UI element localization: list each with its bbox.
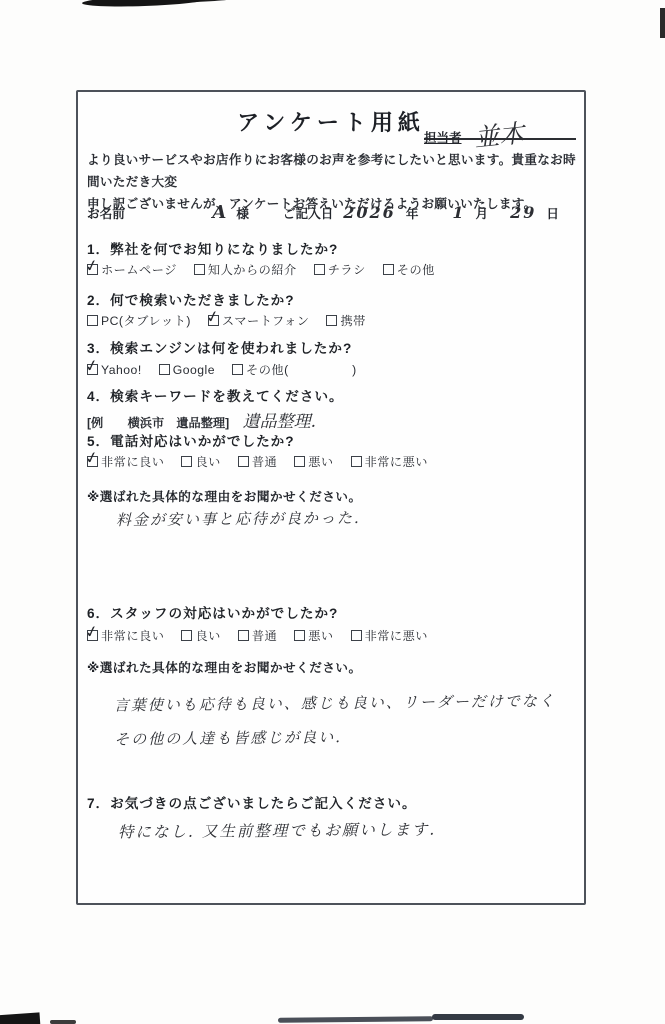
q3-option-google: Google <box>159 361 215 378</box>
q6-option-good: 良い <box>181 627 220 644</box>
survey-form-border: アンケート用紙 担当者 並木 より良いサービスやお店作りにお客様のお声を参考にし… <box>76 90 586 905</box>
month-unit: 月 <box>476 203 489 222</box>
q4-answer-handwriting: 遺品整理. <box>243 412 316 432</box>
scan-artifact-bottom-2 <box>278 1016 433 1023</box>
option-label: ホームページ <box>101 261 177 278</box>
intro-line-1: より良いサービスやお店作りにお客様のお声を参考にしたいと思います。貴重なお時間い… <box>87 149 581 193</box>
option-label: 良い <box>195 627 220 644</box>
scanned-survey-page: アンケート用紙 担当者 並木 より良いサービスやお店作りにお客様のお声を参考にし… <box>0 0 665 1024</box>
q6-reason-handwriting: 言葉使いも応待も良い、感じも良い、リーダーだけでなく その他の人達も皆感じが良い… <box>114 684 585 757</box>
q5-option-normal: 普通 <box>238 453 277 470</box>
name-date-row: お名前 A 様 ご記入日 2026 年 1 月 29 日 <box>87 202 581 223</box>
checkbox-checked <box>87 364 98 375</box>
q6-heading: 6．スタッフの対応はいかがでしたか? <box>87 602 338 622</box>
q6-option-normal: 普通 <box>238 627 277 644</box>
option-label: 非常に悪い <box>365 453 428 470</box>
checkbox <box>326 315 337 326</box>
q1-option-other: その他 <box>383 261 435 278</box>
q3-option-yahoo: Yahoo! <box>87 361 142 378</box>
q5-reason-label: ※選ばれた具体的な理由をお聞かせください。 <box>87 486 362 505</box>
q5-options: 非常に良い 良い 普通 悪い 非常に悪い <box>87 453 428 470</box>
q2-option-smartphone: スマートフォン <box>208 312 310 329</box>
checkbox <box>232 364 243 375</box>
year-value-handwriting: 2026 <box>343 203 396 222</box>
q1-heading: 1．弊社を何でお知りになりましたか? <box>87 238 338 258</box>
staff-field: 担当者 並木 <box>424 114 576 140</box>
option-label: 知人からの紹介 <box>208 261 297 278</box>
scan-artifact-right-edge <box>660 8 665 38</box>
year-unit: 年 <box>406 203 419 222</box>
option-label: Google <box>173 363 215 377</box>
q1-option-referral: 知人からの紹介 <box>194 261 297 278</box>
q3-options: Yahoo! Google その他( ) <box>87 361 357 378</box>
option-label: 非常に良い <box>101 627 164 644</box>
checkbox <box>314 264 325 275</box>
checkbox-checked <box>87 264 98 275</box>
option-label: スマートフォン <box>222 312 310 329</box>
q5-option-very-good: 非常に良い <box>87 453 164 470</box>
option-label: その他 <box>397 261 435 278</box>
scan-artifact-top <box>82 0 207 8</box>
q1-option-homepage: ホームページ <box>87 261 177 278</box>
checkbox <box>194 264 205 275</box>
checkbox <box>238 630 249 641</box>
month-value-handwriting: 1 <box>452 203 465 222</box>
q3-option-other: その他( ) <box>232 361 357 378</box>
q3-heading: 3．検索エンジンは何を使われましたか? <box>87 337 352 357</box>
q6-options: 非常に良い 良い 普通 悪い 非常に悪い <box>87 627 428 644</box>
q2-options: PC(タブレット) スマートフォン 携帯 <box>87 312 366 329</box>
checkbox-checked <box>87 630 98 641</box>
q2-option-pc: PC(タブレット) <box>87 312 191 329</box>
checkbox <box>181 456 192 467</box>
checkbox <box>351 630 362 641</box>
checkbox <box>383 264 394 275</box>
checkbox <box>294 630 305 641</box>
checkbox <box>87 315 98 326</box>
date-label: ご記入日 <box>283 203 333 222</box>
q4-example-row: [例 横浜市 遺品整理] 遺品整理. <box>87 407 316 432</box>
q7-heading: 7．お気づきの点ございましたらご記入ください。 <box>87 792 417 812</box>
checkbox <box>351 456 362 467</box>
scan-artifact-bottom-left <box>0 1012 40 1024</box>
option-label: 良い <box>195 453 220 470</box>
q5-option-very-bad: 非常に悪い <box>351 453 428 470</box>
checkbox <box>294 456 305 467</box>
option-label: PC(タブレット) <box>101 312 191 329</box>
name-label: お名前 <box>87 203 125 222</box>
scan-artifact-bottom-3 <box>432 1014 524 1020</box>
q5-heading: 5．電話対応はいかがでしたか? <box>87 430 295 450</box>
honorific-label: 様 <box>236 203 249 222</box>
checkbox-checked <box>87 456 98 467</box>
day-value-handwriting: 29 <box>510 203 536 222</box>
checkbox <box>181 630 192 641</box>
option-label: 非常に良い <box>101 453 164 470</box>
q6-option-bad: 悪い <box>294 627 333 644</box>
option-label: チラシ <box>328 261 366 278</box>
q2-option-mobile: 携帯 <box>326 312 365 329</box>
q6-reason-line-2: その他の人達も皆感じが良い. <box>114 718 584 757</box>
name-value-handwriting: A <box>212 202 226 223</box>
q5-option-good: 良い <box>181 453 220 470</box>
q2-heading: 2．何で検索いただきましたか? <box>87 289 295 309</box>
option-label: 携帯 <box>340 312 365 329</box>
q5-reason-handwriting: 料金が安い事と応待が良かった. <box>116 507 361 530</box>
scan-artifact-bottom-1 <box>50 1020 76 1024</box>
staff-label: 担当者 <box>424 131 462 145</box>
q6-option-very-bad: 非常に悪い <box>351 627 428 644</box>
option-label: 普通 <box>252 627 277 644</box>
option-label: 悪い <box>308 453 333 470</box>
q7-answer-handwriting: 特になし. 又生前整理でもお願いします. <box>118 818 436 843</box>
q5-option-bad: 悪い <box>294 453 333 470</box>
option-label: 悪い <box>308 627 333 644</box>
q6-option-very-good: 非常に良い <box>87 627 164 644</box>
checkbox <box>238 456 249 467</box>
q4-example-label: [例 横浜市 遺品整理] <box>87 416 229 430</box>
q6-reason-line-1: 言葉使いも応待も良い、感じも良い、リーダーだけでなく <box>114 684 584 723</box>
checkbox <box>159 364 170 375</box>
checkbox-checked <box>208 315 219 326</box>
option-label: 非常に悪い <box>365 627 428 644</box>
q1-options: ホームページ 知人からの紹介 チラシ その他 <box>87 261 435 278</box>
day-unit: 日 <box>546 203 559 222</box>
option-label: Yahoo! <box>101 363 142 377</box>
q6-reason-label: ※選ばれた具体的な理由をお聞かせください。 <box>87 657 362 676</box>
q1-option-flyer: チラシ <box>314 261 366 278</box>
option-label: 普通 <box>252 453 277 470</box>
option-label: その他( ) <box>246 361 357 378</box>
q4-heading: 4．検索キーワードを教えてください。 <box>87 385 344 405</box>
